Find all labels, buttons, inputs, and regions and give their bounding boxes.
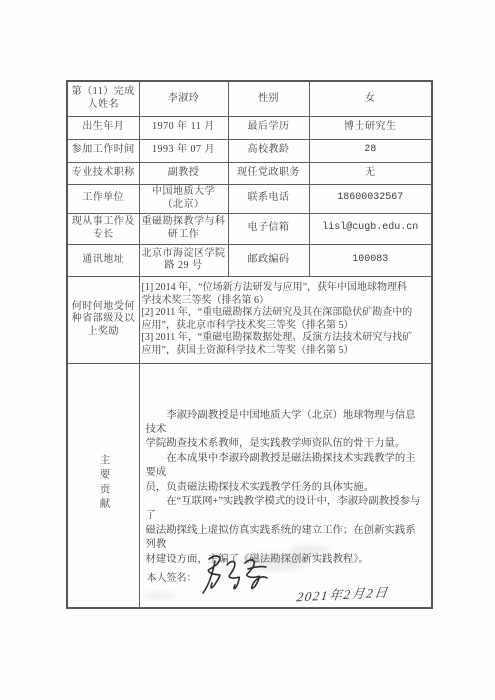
contribution-row: 主要贡献 李淑玲副教授是中国地质大学（北京）地球物理与信息技术 学院勘查技术系教… xyxy=(67,363,432,608)
field-label-completer-name: 第（11）完成 人姓名 xyxy=(67,81,139,116)
scan-smudge xyxy=(142,592,176,599)
table-row: 工作单位 中国地质大学 （北京） 联系电话 18600032567 xyxy=(67,184,432,213)
field-value-current-work: 重磁勘探教学与科 研工作 xyxy=(139,213,228,244)
field-value-work-start: 1993 年 07 月 xyxy=(139,139,228,162)
field-value-postal-code: 100083 xyxy=(309,244,432,276)
completion-person-info-table: 第（11）完成 人姓名 李淑玲 性别 女 出生年月 1970 年 11 月 最后… xyxy=(66,80,433,609)
field-label-party-position: 现任党政职务 xyxy=(228,162,309,184)
scanned-document-page: 第（11）完成 人姓名 李淑玲 性别 女 出生年月 1970 年 11 月 最后… xyxy=(0,0,495,700)
field-value-employer: 中国地质大学 （北京） xyxy=(139,184,228,213)
field-label-mailing-address: 通讯地址 xyxy=(67,244,139,276)
field-label-teaching-years: 高校教龄 xyxy=(228,139,309,162)
main-contribution-text: 李淑玲副教授是中国地质大学（北京）地球物理与信息技术 学院勘查技术系教师，是实践… xyxy=(142,404,430,567)
field-value-completer-name: 李淑玲 xyxy=(139,81,228,116)
table-row: 通讯地址 北京市海淀区学院 路 29 号 邮政编码 100083 xyxy=(67,244,432,276)
field-label-email: 电子信箱 xyxy=(228,213,309,244)
table-row: 第（11）完成 人姓名 李淑玲 性别 女 xyxy=(67,81,432,116)
field-label-birth-date: 出生年月 xyxy=(67,116,139,139)
field-value-teaching-years: 28 xyxy=(309,139,432,162)
field-label-postal-code: 邮政编码 xyxy=(228,244,309,276)
field-value-party-position: 无 xyxy=(309,162,432,184)
handwritten-signature xyxy=(199,551,273,595)
signature-label: 本人签名： xyxy=(147,573,197,590)
field-label-awards: 何时何地受何 种省部级及以 上奖励 xyxy=(67,276,139,363)
field-label-final-degree: 最后学历 xyxy=(228,116,309,139)
field-label-professional-title: 专业技术职称 xyxy=(67,162,139,184)
awards-row: 何时何地受何 种省部级及以 上奖励 [1] 2014 年，“位场新方法研发与应用… xyxy=(67,276,432,363)
field-value-gender: 女 xyxy=(309,81,432,116)
field-label-work-start: 参加工作时间 xyxy=(67,139,139,162)
field-value-professional-title: 副教授 xyxy=(139,162,228,184)
field-label-gender: 性别 xyxy=(228,81,309,116)
awards-list: [1] 2014 年，“位场新方法研发与应用”，获年中国地球物理科 学技术奖三等… xyxy=(139,276,432,363)
table-row: 参加工作时间 1993 年 07 月 高校教龄 28 xyxy=(67,139,432,162)
field-value-mailing-address: 北京市海淀区学院 路 29 号 xyxy=(139,244,228,276)
field-value-email: lisl@cugb.edu.cn xyxy=(309,213,432,244)
table-row: 出生年月 1970 年 11 月 最后学历 博士研究生 xyxy=(67,116,432,139)
table-row: 现从事工作及 专长 重磁勘探教学与科 研工作 电子信箱 lisl@cugb.ed… xyxy=(67,213,432,244)
field-label-current-work: 现从事工作及 专长 xyxy=(67,213,139,244)
field-value-birth-date: 1970 年 11 月 xyxy=(139,116,228,139)
main-contribution-vertical-label: 主要贡献 xyxy=(97,454,110,512)
field-label-employer: 工作单位 xyxy=(67,184,139,213)
field-value-final-degree: 博士研究生 xyxy=(309,116,432,139)
handwritten-date: 2021年2月2日 xyxy=(296,586,390,603)
field-label-main-contribution: 主要贡献 xyxy=(67,363,139,608)
field-value-phone: 18600032567 xyxy=(309,184,432,213)
signature-block: 本人签名： xyxy=(147,551,273,589)
field-label-phone: 联系电话 xyxy=(228,184,309,213)
main-contribution-cell: 李淑玲副教授是中国地质大学（北京）地球物理与信息技术 学院勘查技术系教师，是实践… xyxy=(139,363,432,608)
scan-smudge xyxy=(290,545,330,555)
table-row: 专业技术职称 副教授 现任党政职务 无 xyxy=(67,162,432,184)
